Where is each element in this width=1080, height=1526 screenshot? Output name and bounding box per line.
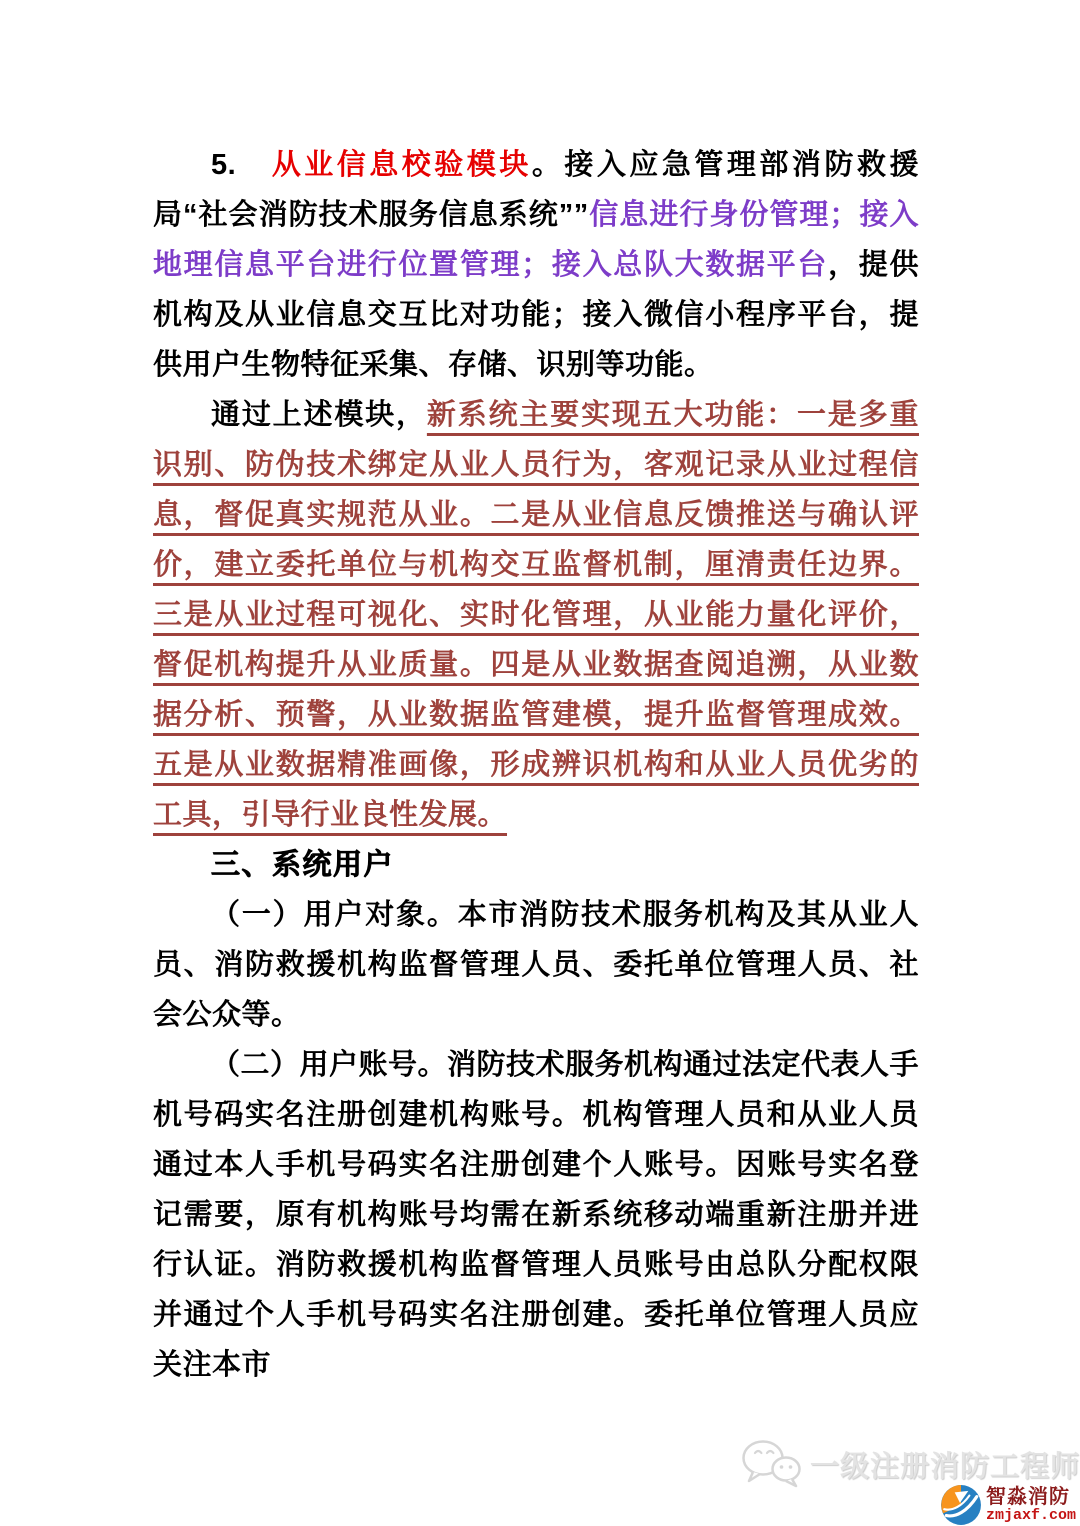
text-run-emphasis: 新系统主要实现五大功能：一是多重识别、防伪技术绑定从业人员行为，客观记录从业过程… bbox=[153, 399, 919, 831]
text-run-plain: 三、系统用户 bbox=[211, 849, 394, 881]
page: 5. 从业信息校验模块。接入应急管理部消防救援局“社会消防技术服务信息系统””信… bbox=[0, 0, 1080, 1526]
text-run-plain: 5. bbox=[211, 149, 272, 181]
brand-watermark: 智淼消防 zmjaxf.com bbox=[940, 1484, 1076, 1526]
paragraph: （二）用户账号。消防技术服务机构通过法定代表人手机号码实名注册创建机构账号。机构… bbox=[153, 1040, 919, 1390]
text-run-red: 从业信息校验模块 bbox=[272, 149, 532, 181]
brand-domain: zmjaxf.com bbox=[986, 1508, 1076, 1524]
text-run-plain: 通过上述模块， bbox=[211, 399, 427, 431]
paragraph: 5. 从业信息校验模块。接入应急管理部消防救援局“社会消防技术服务信息系统””信… bbox=[153, 140, 919, 390]
section-heading: 三、系统用户 bbox=[153, 840, 919, 890]
brand-name: 智淼消防 bbox=[986, 1487, 1076, 1508]
watermark-label: 一级注册消防工程师 bbox=[810, 1444, 1080, 1485]
text-run-plain: （二）用户账号。消防技术服务机构通过法定代表人手机号码实名注册创建机构账号。机构… bbox=[153, 1049, 919, 1381]
paragraph: 通过上述模块，新系统主要实现五大功能：一是多重识别、防伪技术绑定从业人员行为，客… bbox=[153, 390, 919, 840]
paragraph: （一）用户对象。本市消防技术服务机构及其从业人员、消防救援机构监督管理人员、委托… bbox=[153, 890, 919, 1040]
zhimiao-logo-icon bbox=[940, 1484, 982, 1526]
document-body: 5. 从业信息校验模块。接入应急管理部消防救援局“社会消防技术服务信息系统””信… bbox=[153, 140, 919, 1390]
wechat-icon bbox=[740, 1436, 804, 1492]
brand-text: 智淼消防 zmjaxf.com bbox=[986, 1487, 1076, 1524]
text-run-plain: （一）用户对象。本市消防技术服务机构及其从业人员、消防救援机构监督管理人员、委托… bbox=[153, 899, 919, 1031]
